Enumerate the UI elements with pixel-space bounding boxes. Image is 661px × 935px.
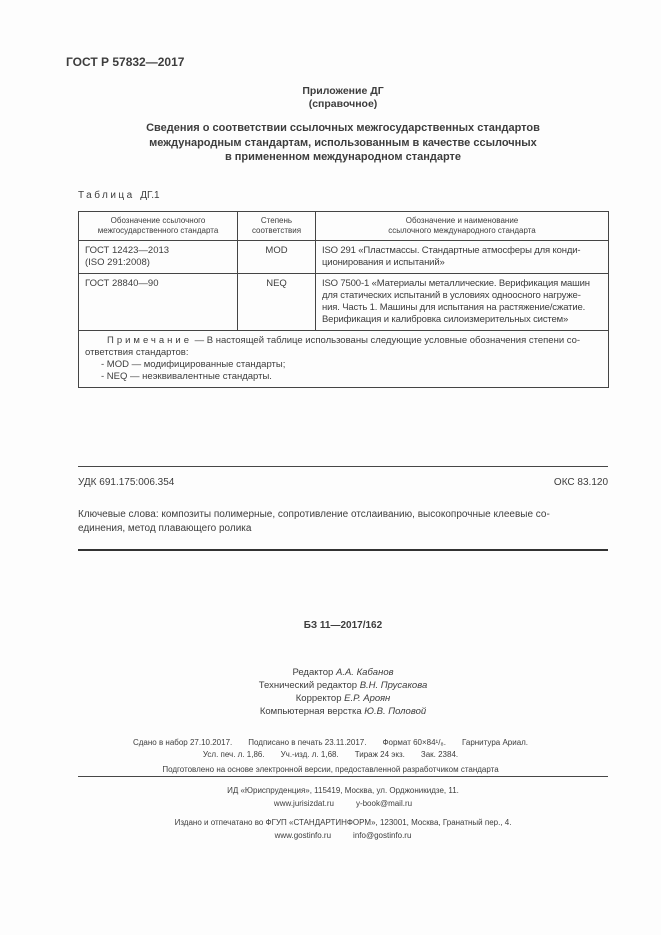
publisher-contacts: www.jurisizdat.ru y-book@mail.ru [78,798,608,811]
table-note-row: Примечание — В настоящей таблице использ… [79,331,609,388]
credit-name: В.Н. Прусакова [360,680,428,691]
horizontal-rule-middle [78,549,608,551]
colophon-item: Зак. 2384. [421,749,458,761]
keywords-paragraph: Ключевые слова: композиты полимерные, со… [78,508,608,535]
colophon-item: Гарнитура Ариал. [462,737,528,749]
cell-gost-standard: ГОСТ 28840—90 [79,274,238,331]
credit-role: Технический редактор [259,680,357,691]
credit-name: А.А. Кабанов [336,667,394,678]
table-label: Таблица ДГ.1 [78,190,160,201]
col-header-iso-standard: Обозначение и наименование ссылочного ме… [316,212,609,241]
doc-code: ГОСТ Р 57832—2017 [66,55,184,69]
appendix-type: (справочное) [78,98,608,111]
table-label-number: ДГ.1 [140,190,159,201]
credit-line-corrector: Корректор Е.Р. Ароян [78,692,608,705]
table-row: ГОСТ 12423—2013 (ISO 291:2008) MOD ISO 2… [79,241,609,274]
horizontal-rule-top [78,466,608,467]
colophon-item: Тираж 24 экз. [355,749,405,761]
table-row: ГОСТ 28840—90 NEQ ISO 7500-1 «Материалы … [79,274,609,331]
colophon-item: Усл. печ. л. 1,86. [203,749,265,761]
publisher-jurisprudencia: ИД «Юриспруденция», 115419, Москва, ул. … [78,785,608,810]
credits-block: Редактор А.А. Кабанов Технический редакт… [78,666,608,718]
colophon-block: Сдано в набор 27.10.2017. Подписано в пе… [48,737,613,776]
colophon-item: Формат 60×84¹/₈. [382,737,446,749]
appendix-heading: Приложение ДГ (справочное) [78,85,608,111]
credit-line-technical-editor: Технический редактор В.Н. Прусакова [78,679,608,692]
credit-role: Компьютерная верстка [260,706,362,717]
note-item-mod: - MOD — модифицированные стандарты; [101,359,602,371]
cell-degree: MOD [238,241,316,274]
colophon-note: Подготовлено на основе электронной верси… [48,764,613,776]
publisher-address: Издано и отпечатано во ФГУП «СТАНДАРТИНФ… [78,817,608,830]
udk-code: УДК 691.175:006.354 [78,477,174,488]
colophon-line-1: Сдано в набор 27.10.2017. Подписано в пе… [48,737,613,749]
col-header-degree: Степень соответствия [238,212,316,241]
colophon-item: Подписано в печать 23.11.2017. [248,737,366,749]
document-page: ГОСТ Р 57832—2017 Приложение ДГ (справоч… [0,0,661,935]
table-note: Примечание — В настоящей таблице использ… [79,331,609,388]
publisher-email: info@gostinfo.ru [353,830,411,843]
publisher-website: www.gostinfo.ru [275,830,331,843]
table-header-row: Обозначение ссылочного межгосударственно… [79,212,609,241]
col-header-gost-standard: Обозначение ссылочного межгосударственно… [79,212,238,241]
cell-iso-standard: ISO 7500-1 «Материалы металлические. Вер… [316,274,609,331]
credit-name: Ю.В. Половой [364,706,426,717]
credit-name: Е.Р. Ароян [344,693,390,704]
colophon-item: Сдано в набор 27.10.2017. [133,737,232,749]
cell-degree: NEQ [238,274,316,331]
colophon-line-2: Усл. печ. л. 1,86. Уч.-изд. л. 1,68. Тир… [48,749,613,761]
cell-iso-standard: ISO 291 «Пластмассы. Стандартные атмосфе… [316,241,609,274]
classification-codes: УДК 691.175:006.354 ОКС 83.120 [78,477,608,488]
credit-line-layout: Компьютерная верстка Ю.В. Половой [78,705,608,718]
appendix-label: Приложение ДГ [78,85,608,98]
credit-role: Корректор [296,693,342,704]
note-paragraph: Примечание — В настоящей таблице использ… [85,335,602,359]
cell-gost-standard: ГОСТ 12423—2013 (ISO 291:2008) [79,241,238,274]
publisher-standartinform: Издано и отпечатано во ФГУП «СТАНДАРТИНФ… [78,817,608,842]
correspondence-table: Обозначение ссылочного межгосударственно… [78,211,609,388]
publisher-email: y-book@mail.ru [356,798,412,811]
publisher-address: ИД «Юриспруденция», 115419, Москва, ул. … [78,785,608,798]
publisher-website: www.jurisizdat.ru [274,798,334,811]
horizontal-rule-bottom [78,776,608,777]
page-title: Сведения о соответствии ссылочных межгос… [78,121,608,165]
note-item-neq: - NEQ — неэквивалентные стандарты. [101,371,602,383]
table-label-word: Таблица [78,190,135,201]
publisher-contacts: www.gostinfo.ru info@gostinfo.ru [78,830,608,843]
oks-code: ОКС 83.120 [554,477,608,488]
credit-role: Редактор [292,667,333,678]
credit-line-editor: Редактор А.А. Кабанов [78,666,608,679]
note-label: Примечание [107,335,192,346]
colophon-item: Уч.-изд. л. 1,68. [281,749,339,761]
bz-code: БЗ 11—2017/162 [78,620,608,631]
